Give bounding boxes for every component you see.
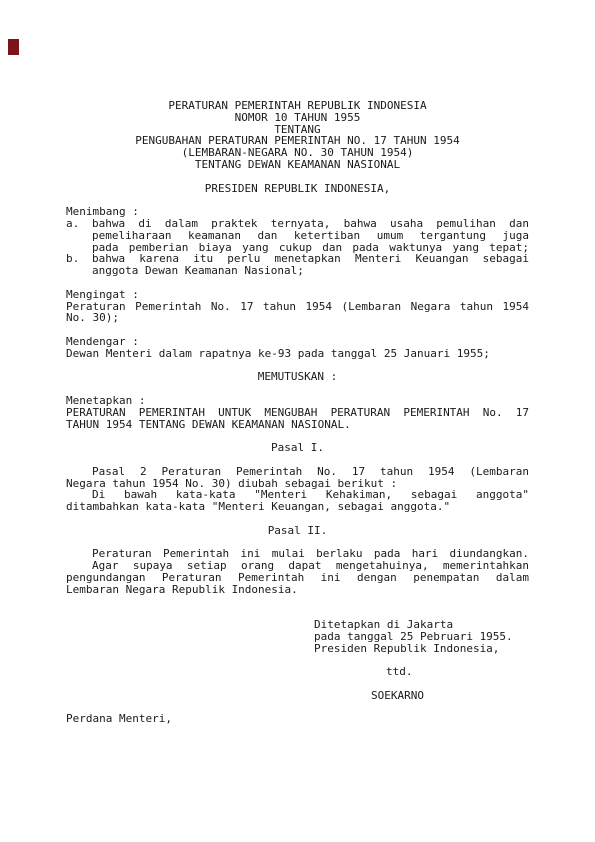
mendengar-line-1: Dewan Menteri dalam rapatnya ke-93 pada … bbox=[66, 348, 529, 360]
heading-pasal-2: Pasal II. bbox=[66, 525, 529, 537]
blank-line bbox=[66, 607, 529, 619]
pasal-1-line-1: Pasal 2 Peraturan Pemerintah No. 17 tahu… bbox=[66, 466, 529, 478]
pasal-2-line-3: pengundangan Peraturan Pemerintah ini de… bbox=[66, 572, 529, 584]
blank-line bbox=[66, 454, 529, 466]
list-marker: b. bbox=[66, 253, 92, 277]
blank-line bbox=[66, 654, 529, 666]
heading-mendengar: Mendengar : bbox=[66, 336, 529, 348]
blank-line bbox=[66, 513, 529, 525]
blank-line bbox=[66, 171, 529, 183]
menetapkan-line-2: TAHUN 1954 TENTANG DEWAN KEAMANAN NASION… bbox=[66, 419, 529, 431]
pasal-2-line-4: Lembaran Negara Republik Indonesia. bbox=[66, 584, 529, 596]
heading-menetapkan: Menetapkan : bbox=[66, 395, 529, 407]
list-item-body: bahwa di dalam praktek ternyata, bahwa u… bbox=[92, 218, 529, 253]
red-stamp-mark bbox=[8, 39, 19, 55]
mengingat-line-1: Peraturan Pemerintah No. 17 tahun 1954 (… bbox=[66, 301, 529, 313]
mengingat-line-2: No. 30); bbox=[66, 312, 529, 324]
document-page: PERATURAN PEMERINTAH REPUBLIK INDONESIAN… bbox=[0, 0, 595, 842]
blank-line bbox=[66, 277, 529, 289]
issuing-authority: PRESIDEN REPUBLIK INDONESIA, bbox=[66, 183, 529, 195]
doc-line: bahwa di dalam praktek ternyata, bahwa u… bbox=[92, 218, 529, 230]
heading-mengingat: Mengingat : bbox=[66, 289, 529, 301]
doc-line: anggota Dewan Keamanan Nasional; bbox=[92, 265, 529, 277]
list-marker: a. bbox=[66, 218, 92, 253]
pasal-1-line-4: ditambahkan kata-kata "Menteri Keuangan,… bbox=[66, 501, 529, 513]
signatory-pm: Perdana Menteri, bbox=[66, 713, 529, 725]
menetapkan-line-1: PERATURAN PEMERINTAH UNTUK MENGUBAH PERA… bbox=[66, 407, 529, 419]
signature-date: pada tanggal 25 Pebruari 1955. bbox=[66, 631, 529, 643]
doc-title-line-2: NOMOR 10 TAHUN 1955 bbox=[66, 112, 529, 124]
consideration-item-b: b.bahwa karena itu perlu menetapkan Ment… bbox=[66, 253, 529, 277]
document-body: PERATURAN PEMERINTAH REPUBLIK INDONESIAN… bbox=[66, 100, 529, 725]
heading-memutuskan: MEMUTUSKAN : bbox=[66, 371, 529, 383]
signature-ttd: ttd. bbox=[66, 666, 529, 678]
list-item-body: bahwa karena itu perlu menetapkan Menter… bbox=[92, 253, 529, 277]
signature-name: SOEKARNO bbox=[66, 690, 529, 702]
doc-line: pemeliharaan keamanan dan ketertiban umu… bbox=[92, 230, 529, 242]
blank-line bbox=[66, 678, 529, 690]
heading-pasal-1: Pasal I. bbox=[66, 442, 529, 454]
signature-title: Presiden Republik Indonesia, bbox=[66, 643, 529, 655]
doc-title-line-6: TENTANG DEWAN KEAMANAN NASIONAL bbox=[66, 159, 529, 171]
consideration-item-a: a.bahwa di dalam praktek ternyata, bahwa… bbox=[66, 218, 529, 253]
blank-line bbox=[66, 595, 529, 607]
